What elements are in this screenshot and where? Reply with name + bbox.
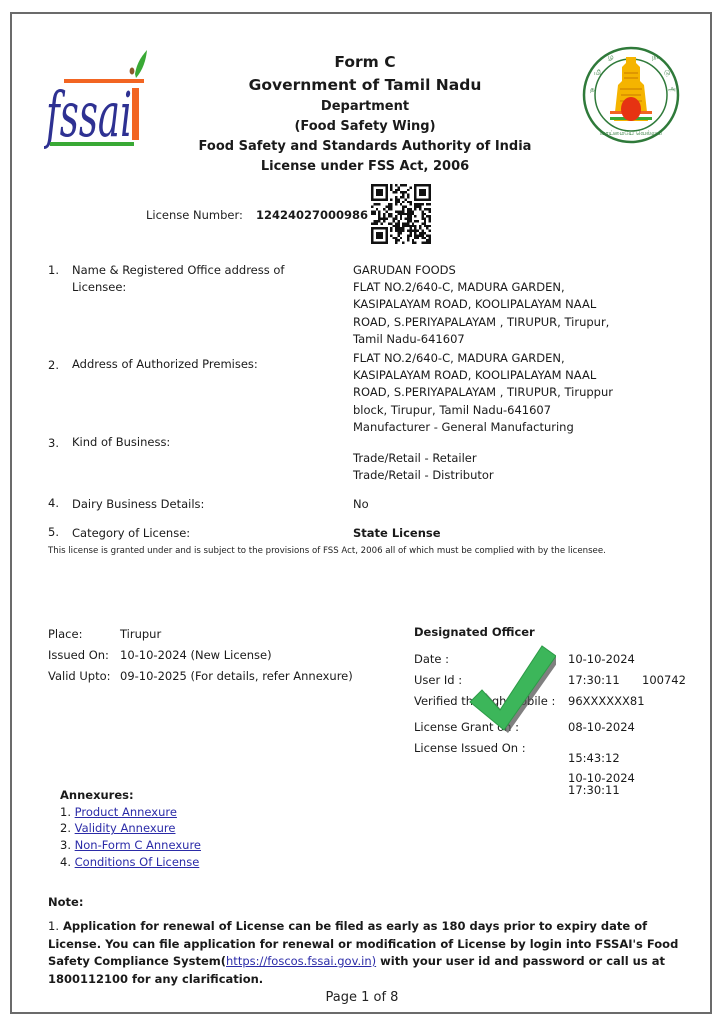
qr-code-icon	[370, 184, 432, 244]
business-kind-line: Trade/Retail - Retailer	[353, 450, 653, 467]
government-title: Government of Tamil Nadu	[160, 73, 570, 97]
validity-annexure-link[interactable]: Validity Annexure	[75, 821, 176, 835]
item-1-number: 1.	[48, 263, 59, 277]
product-annexure-link[interactable]: Product Annexure	[75, 805, 177, 819]
address-line: KASIPALAYAM ROAD, KOOLIPALAYAM NAAL	[353, 296, 653, 313]
item-4-value: No	[353, 496, 653, 513]
note-title: Note:	[48, 895, 83, 909]
foscos-link[interactable]: https://foscos.fssai.gov.in)	[226, 954, 376, 968]
license-number: 12424027000986	[256, 208, 368, 222]
item-2-number: 2.	[48, 358, 59, 372]
note-text: 1. Application for renewal of License ca…	[48, 918, 688, 988]
license-issued-time: 15:43:12	[568, 751, 620, 765]
fssai-logo: fssai	[44, 48, 148, 152]
issued-value: 10-10-2024 (New License)	[120, 645, 353, 666]
mobile-number: 96XXXXXX81	[568, 694, 645, 708]
tamil-nadu-emblem: தமிழ நாடுஅ வாய்மையே வெல்லும்	[574, 45, 688, 149]
license-issued-label: License Issued On :	[414, 741, 526, 755]
address-line: block, Tirupur, Tamil Nadu-641607	[353, 402, 653, 419]
page-number: Page 1 of 8	[0, 990, 724, 1005]
svg-text:நா: நா	[652, 53, 660, 61]
address-line: ROAD, S.PERIYAPALAYAM , TIRUPUR, Tiruppu…	[353, 384, 653, 401]
address-line: KASIPALAYAM ROAD, KOOLIPALAYAM NAAL	[353, 367, 653, 384]
license-issued-datetime: 10-10-2024 17:30:11	[568, 772, 635, 796]
licensee-name: GARUDAN FOODS	[353, 262, 653, 279]
svg-text:அ: அ	[668, 85, 676, 93]
officer-date-label: Date :	[414, 652, 449, 666]
item-5-value: State License	[353, 525, 653, 542]
license-disclaimer: This license is granted under and is sub…	[48, 545, 648, 558]
annexure-item: 3. Non-Form C Annexure	[60, 837, 201, 854]
user-time: 17:30:11	[568, 673, 620, 687]
business-kind-line: Manufacturer - General Manufacturing	[353, 419, 653, 436]
wing-title: (Food Safety Wing)	[160, 117, 570, 137]
item-5-label: Category of License:	[72, 525, 332, 542]
annexure-number: 3.	[60, 838, 71, 852]
item-1-value: GARUDAN FOODS FLAT NO.2/640-C, MADURA GA…	[353, 262, 653, 348]
address-line: FLAT NO.2/640-C, MADURA GARDEN,	[353, 350, 653, 367]
place-value: Tirupur	[120, 624, 353, 645]
annexures-list: Annexures: 1. Product Annexure 2. Validi…	[60, 787, 201, 871]
annexures-title: Annexures:	[60, 787, 201, 804]
verified-checkmark-icon	[464, 642, 556, 734]
department-title: Department	[160, 97, 570, 117]
conditions-of-license-link[interactable]: Conditions Of License	[75, 855, 200, 869]
item-4-number: 4.	[48, 496, 59, 510]
address-line: Tamil Nadu-641607	[353, 331, 653, 348]
designated-officer-title: Designated Officer	[414, 625, 535, 639]
annexure-item: 1. Product Annexure	[60, 804, 201, 821]
grant-date: 08-10-2024	[568, 720, 635, 734]
user-id: 100742	[642, 673, 686, 687]
annexure-item: 4. Conditions Of License	[60, 854, 201, 871]
issue-details: Place:Tirupur Issued On:10-10-2024 (New …	[48, 624, 353, 687]
annexure-number: 1.	[60, 805, 71, 819]
item-2-value: FLAT NO.2/640-C, MADURA GARDEN, KASIPALA…	[353, 350, 653, 436]
item-1-label: Name & Registered Office address of Lice…	[72, 262, 332, 296]
user-id-label: User Id :	[414, 673, 462, 687]
place-label: Place:	[48, 624, 120, 645]
item-3-number: 3.	[48, 436, 59, 450]
item-4-label: Dairy Business Details:	[72, 496, 332, 513]
svg-text:டு: டு	[664, 69, 670, 77]
item-5-number: 5.	[48, 525, 59, 539]
valid-label: Valid Upto:	[48, 666, 120, 687]
issued-label: Issued On:	[48, 645, 120, 666]
item-3-label: Kind of Business:	[72, 434, 332, 451]
svg-text:fssai: fssai	[44, 78, 132, 151]
document-header: Form C Government of Tamil Nadu Departme…	[160, 51, 570, 177]
authority-title: Food Safety and Standards Authority of I…	[160, 137, 570, 157]
license-issued-time2: 17:30:11	[568, 784, 635, 796]
item-3-value: Trade/Retail - Retailer Trade/Retail - D…	[353, 450, 653, 484]
address-line: ROAD, S.PERIYAPALAYAM , TIRUPUR, Tirupur…	[353, 314, 653, 331]
valid-value: 09-10-2025 (For details, refer Annexure)	[120, 666, 353, 687]
annexure-number: 2.	[60, 821, 71, 835]
note-number: 1.	[48, 919, 59, 933]
act-title: License under FSS Act, 2006	[160, 157, 570, 177]
item-2-label: Address of Authorized Premises:	[72, 356, 332, 373]
svg-text:ழ: ழ	[608, 53, 614, 61]
annexure-number: 4.	[60, 855, 71, 869]
address-line: FLAT NO.2/640-C, MADURA GARDEN,	[353, 279, 653, 296]
form-title: Form C	[160, 51, 570, 73]
svg-text:மி: மி	[594, 69, 601, 77]
annexure-item: 2. Validity Annexure	[60, 820, 201, 837]
license-number-label: License Number:	[146, 208, 243, 222]
svg-text:வாய்மையே வெல்லும்: வாய்மையே வெல்லும்	[600, 130, 662, 137]
business-kind-line: Trade/Retail - Distributor	[353, 467, 653, 484]
svg-text:த: த	[590, 85, 595, 93]
non-form-c-annexure-link[interactable]: Non-Form C Annexure	[75, 838, 201, 852]
officer-date: 10-10-2024	[568, 652, 635, 666]
